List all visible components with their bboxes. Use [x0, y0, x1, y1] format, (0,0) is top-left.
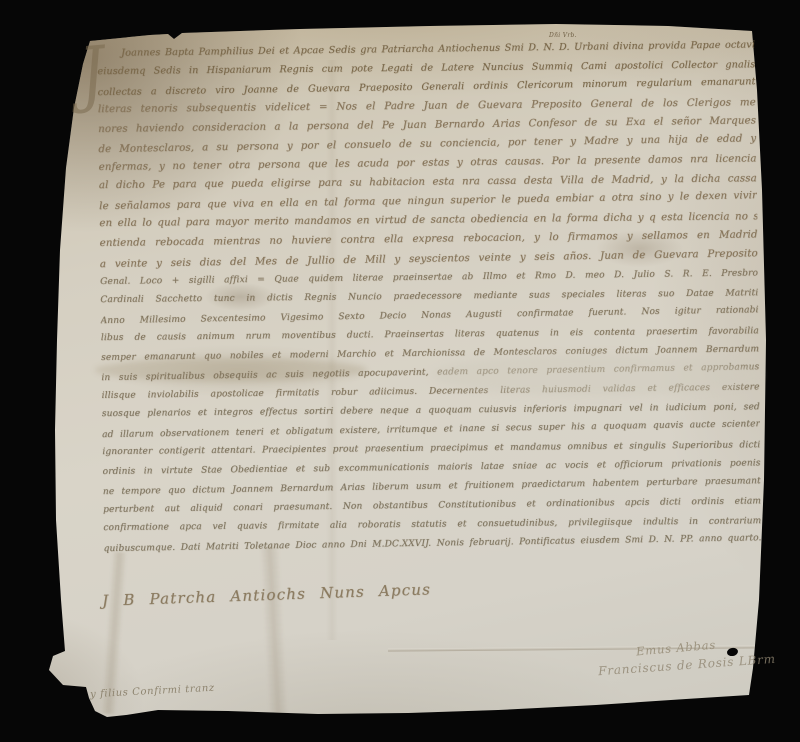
- vertical-crease: [260, 546, 289, 717]
- superscript-note: Dñi Vrb.: [549, 32, 577, 39]
- faded-smudge-overlay: [432, 354, 762, 396]
- photo-stage: J Dñi Vrb. Joannes Bapta Pamphilius Dei …: [0, 0, 800, 742]
- manuscript-text-block: Joannes Bapta Pamphilius Dei et Apcae Se…: [97, 35, 762, 558]
- top-edge-notch: [170, 31, 179, 36]
